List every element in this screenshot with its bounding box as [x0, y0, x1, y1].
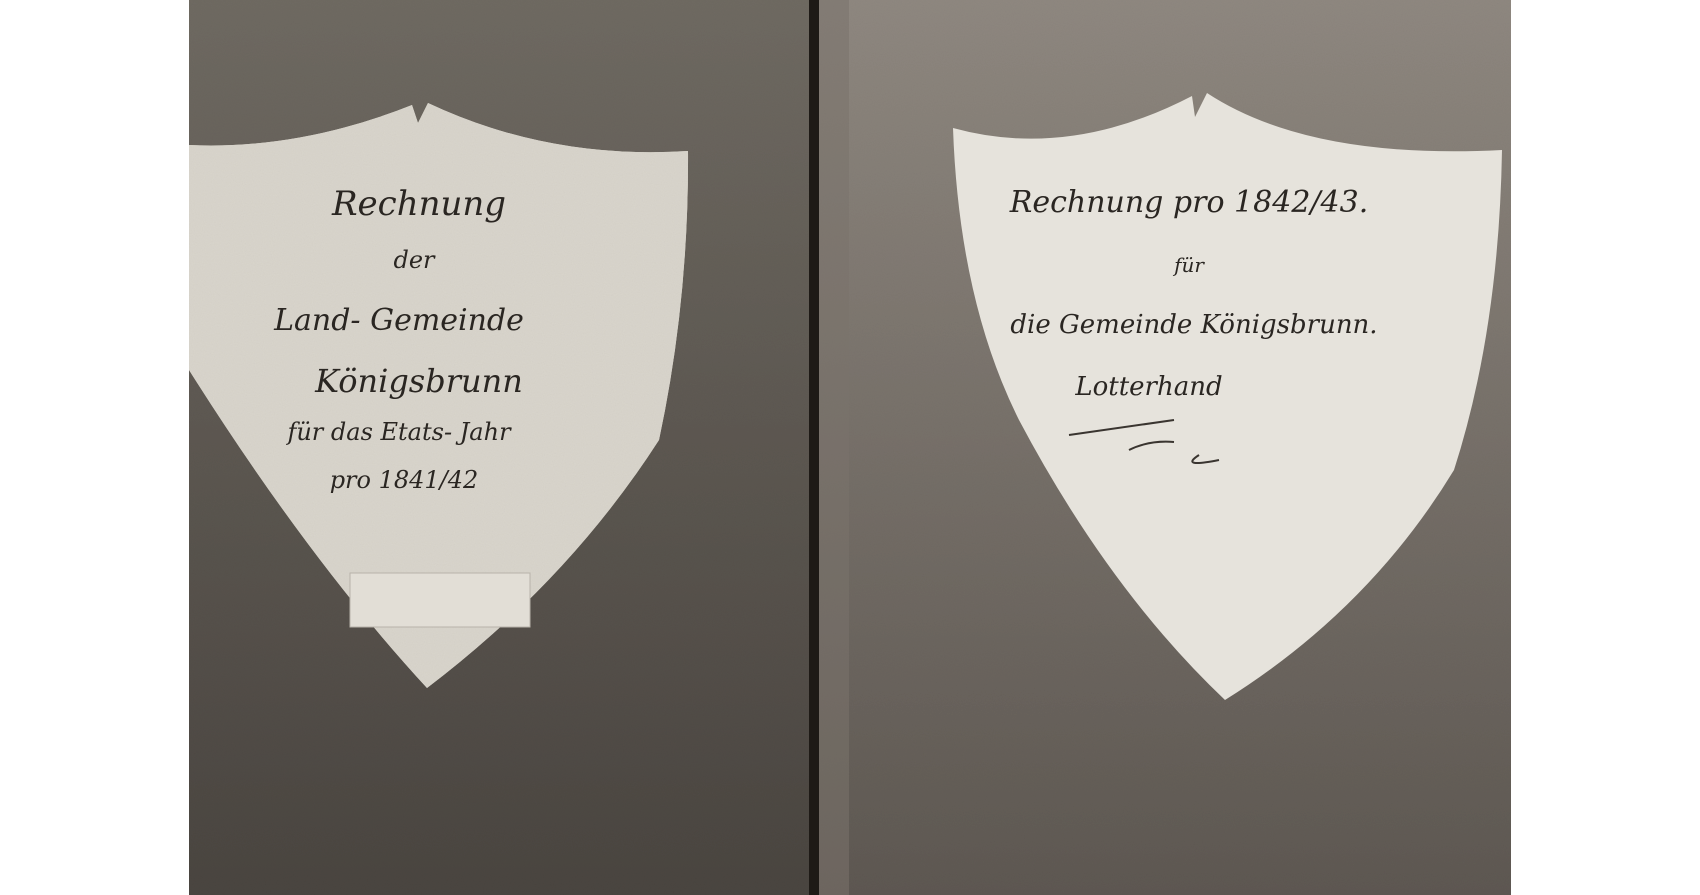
left-label-line-1: Rechnung [331, 184, 506, 224]
right-label-line-1: Rechnung pro 1842/43. [1009, 185, 1368, 220]
left-label-line-4: Königsbrunn [314, 362, 523, 400]
left-label-line-3: Land- Gemeinde [273, 303, 524, 338]
right-label-line-4: Lotterhand [1074, 372, 1222, 402]
right-label-line-3: die Gemeinde Königsbrunn. [1010, 310, 1377, 340]
signature-flourish [1069, 420, 1219, 463]
right-label-text: Rechnung pro 1842/43. für die Gemeinde K… [1009, 185, 1378, 463]
left-label-line-2: der [393, 246, 436, 274]
right-label-line-2: für [1172, 253, 1205, 277]
archival-photo: Rechnung der Land- Gemeinde Königsbrunn … [189, 0, 1511, 895]
left-label-text: Rechnung der Land- Gemeinde Königsbrunn … [273, 184, 524, 494]
left-label-line-5: für das Etats- Jahr [285, 418, 512, 446]
left-label-line-6: pro 1841/42 [330, 466, 479, 494]
